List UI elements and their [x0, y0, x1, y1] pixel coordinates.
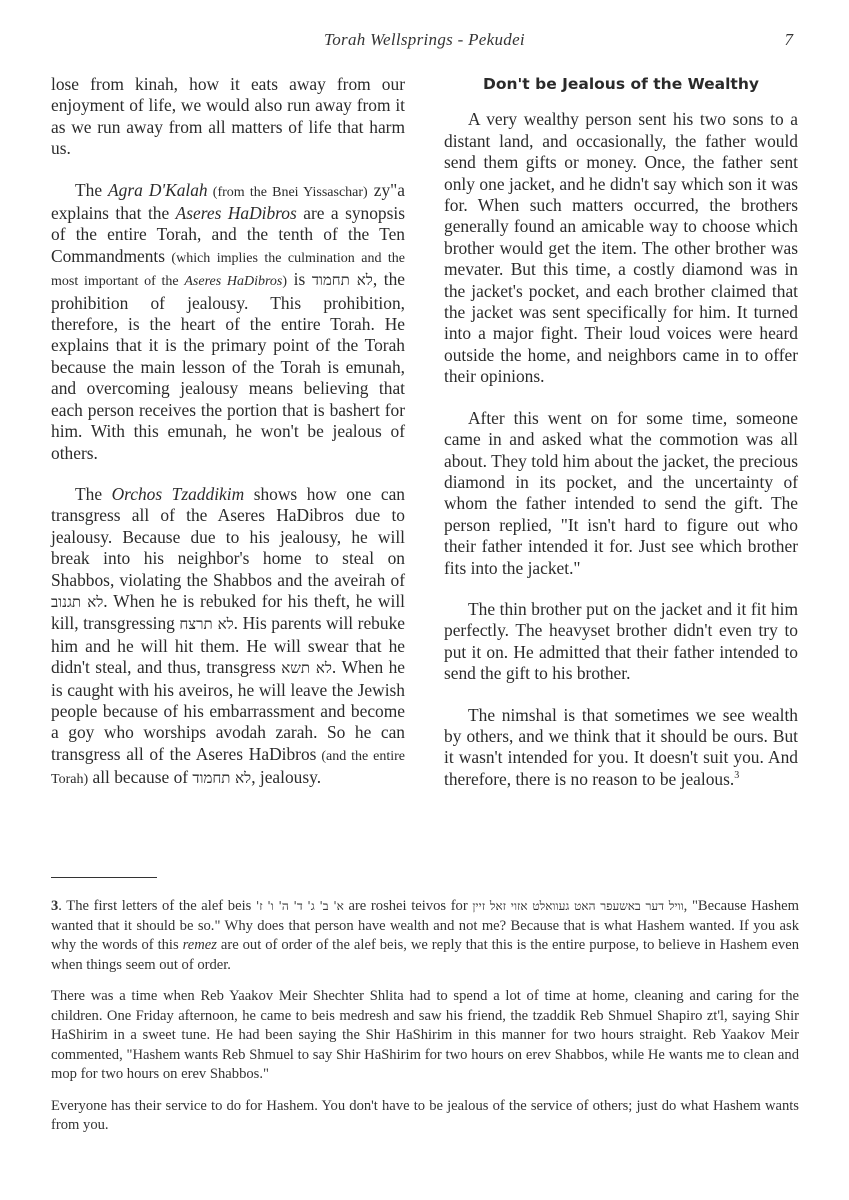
parenthetical: (from the Bnei Yissaschar)	[208, 185, 368, 200]
right-column: Don't be Jealous of the Wealthy A very w…	[444, 74, 798, 810]
page-number: 7	[785, 30, 794, 50]
text: , jealousy.	[251, 767, 321, 787]
text: , the prohibition of jealousy. This proh…	[51, 269, 405, 462]
hebrew-phrase: לא תרצח	[179, 615, 233, 633]
book-reference: Agra D'Kalah	[108, 180, 208, 200]
text: The	[75, 180, 108, 200]
book-reference: Orchos Tzaddikim	[112, 484, 245, 504]
term: remez	[183, 937, 217, 953]
text: The nimshal is that sometimes we see wea…	[444, 705, 798, 789]
yiddish-phrase: וויל דער באשעפר האט געוואלט אזוי זאל זיי…	[472, 899, 683, 913]
paragraph-commotion: After this went on for some time, someon…	[444, 408, 798, 579]
footnote-reference[interactable]: 3	[734, 770, 739, 781]
paragraph-agra-dkalah: The Agra D'Kalah (from the Bnei Yissasch…	[51, 180, 405, 464]
hebrew-phrase: לא תשא	[281, 659, 332, 677]
paragraph-thin-brother: The thin brother put on the jacket and i…	[444, 599, 798, 685]
section-heading: Don't be Jealous of the Wealthy	[444, 74, 798, 95]
paragraph-nimshal: The nimshal is that sometimes we see wea…	[444, 705, 798, 791]
footnotes-section: 3. The first letters of the alef beis א'…	[51, 897, 799, 1148]
book-title: Torah Wellsprings - Pekudei	[0, 30, 849, 50]
footnote-paragraph-shechter: There was a time when Reb Yaakov Meir Sh…	[51, 987, 799, 1085]
text: The	[75, 484, 112, 504]
paragraph-orchos-tzaddikim: The Orchos Tzaddikim shows how one can t…	[51, 484, 405, 791]
paragraph-kinah: lose from kinah, how it eats away from o…	[51, 74, 405, 160]
left-column: lose from kinah, how it eats away from o…	[51, 74, 405, 811]
text: are roshei teivos for	[344, 898, 473, 914]
footnote-paragraph-service: Everyone has their service to do for Has…	[51, 1097, 799, 1136]
text: . The first letters of the alef beis	[58, 898, 256, 914]
hebrew-phrase: לא תחמוד	[192, 769, 251, 787]
text: all because of	[88, 767, 192, 787]
text: is	[287, 269, 312, 289]
paragraph-story: A very wealthy person sent his two sons …	[444, 109, 798, 387]
term: Aseres HaDibros	[176, 203, 297, 223]
hebrew-phrase: לא תגנוב	[51, 593, 103, 611]
hebrew-phrase: לא תחמוד	[312, 271, 373, 289]
footnote-3: 3. The first letters of the alef beis א'…	[51, 897, 799, 975]
running-header: Torah Wellsprings - Pekudei 7	[0, 30, 849, 56]
hebrew-phrase: א' ב' ג' ד' ה' ו' ז'	[256, 899, 344, 913]
term: Aseres HaDibros	[184, 274, 282, 289]
footnote-divider	[51, 877, 157, 878]
